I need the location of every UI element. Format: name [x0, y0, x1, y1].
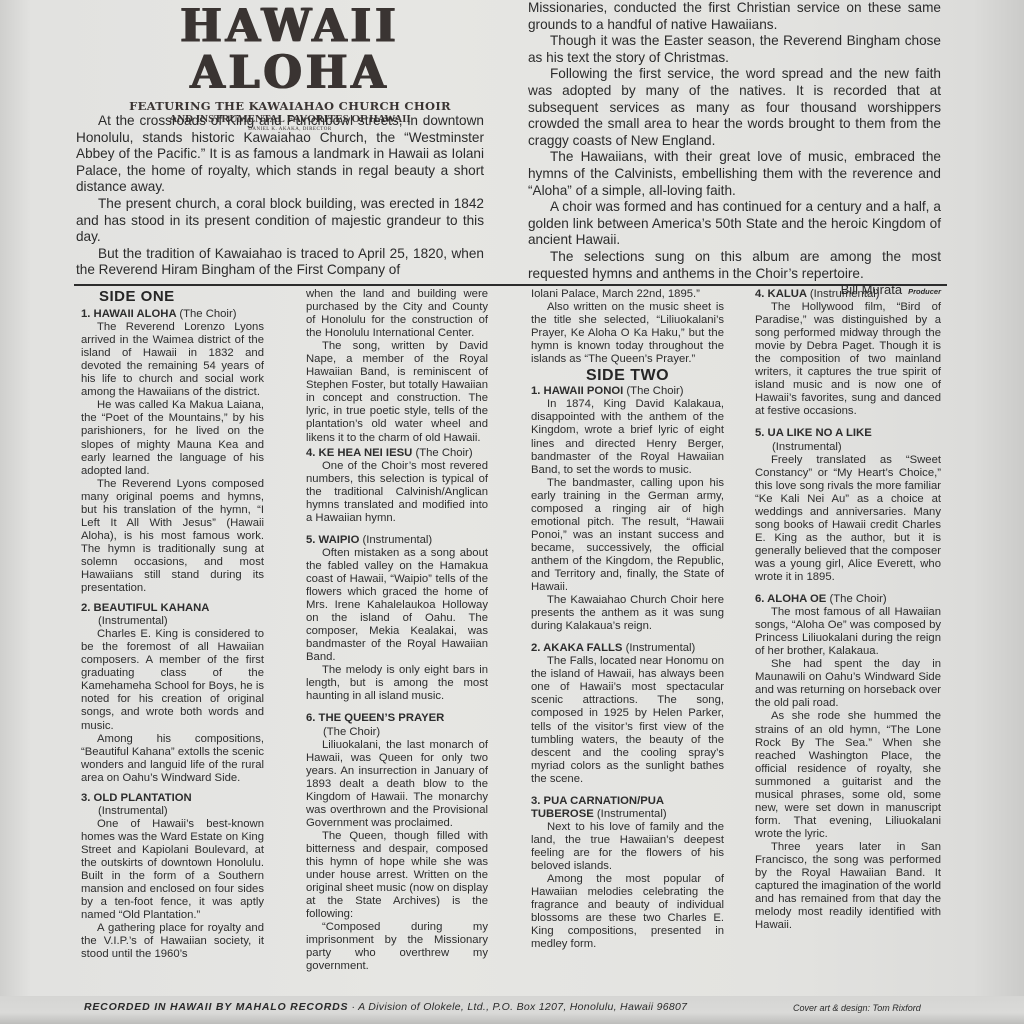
track-note: Among the most popular of Hawaiian melod… [531, 873, 724, 951]
track-note: The Reverend Lorenzo Lyons arrived in th… [81, 321, 264, 399]
track-kind: (Instrumental) [81, 615, 264, 628]
track-note: Charles E. King is considered to be the … [81, 628, 264, 732]
track-title: 3. PUA CARNATION/PUA TUBEROSE (Instrumen… [531, 795, 724, 821]
track-kind: (Instrumental) [81, 805, 264, 818]
track-note: Also written on the music sheet is the t… [531, 301, 724, 366]
track-kind: (Instrumental) [626, 642, 696, 654]
label-address: A Division of Olokele, Ltd., P.O. Box 12… [358, 1001, 687, 1013]
track-title: 5. WAIPIO (Instrumental) [306, 534, 488, 547]
track-kind: (Instrumental) [597, 808, 667, 820]
track-note: Freely translated as “Sweet Constancy” o… [755, 454, 941, 584]
track-note: The Queen, though filled with bitterness… [306, 830, 488, 921]
track-note: The most famous of all Hawaiian songs, “… [755, 606, 941, 658]
track-note: “Composed during my imprisonment by the … [306, 921, 488, 973]
intro-paragraph: The Hawaiians, with their great love of … [528, 149, 941, 199]
track-note: In 1874, King David Kalakaua, disappoint… [531, 398, 724, 476]
intro-paragraph: But the tradition of Kawaiahao is traced… [76, 246, 484, 279]
intro-paragraph: The selections sung on this album are am… [528, 249, 941, 282]
track-title: 2. BEAUTIFUL KAHANA(Instrumental) [81, 602, 264, 628]
side-one-heading: SIDE ONE [99, 290, 264, 303]
track-note: A gathering place for royalty and the V.… [81, 922, 264, 961]
track-note: Often mistaken as a song about the fable… [306, 547, 488, 664]
track-note-continued: Iolani Palace, March 22nd, 1895.” [531, 288, 724, 301]
track-title: 4. KE HEA NEI IESU (The Choir) [306, 447, 488, 460]
track-kind: (The Choir) [830, 593, 887, 605]
section-divider [74, 284, 947, 286]
separator-dot: · [352, 1001, 356, 1013]
track-notes-column-2: when the land and building were purchase… [306, 288, 488, 973]
label-info: RECORDED IN HAWAII BY MAHALO RECORDS · A… [84, 1001, 687, 1013]
intro-paragraph: A choir was formed and has continued for… [528, 199, 941, 249]
track-note: The Kawaiahao Church Choir here presents… [531, 594, 724, 633]
track-note: The song, written by David Nape, a membe… [306, 340, 488, 444]
track-note: The Falls, located near Honomu on the is… [531, 655, 724, 785]
track-note: One of the Choir’s most revered numbers,… [306, 460, 488, 525]
track-note: Three years later in San Francisco, the … [755, 841, 941, 932]
track-note: Next to his love of family and the land,… [531, 821, 724, 873]
track-title: 5. UA LIKE NO A LIKE(Instrumental) [755, 427, 941, 453]
album-title: HAWAII ALOHA [125, 4, 455, 96]
cover-art-credit: Cover art & design: Tom Rixford [793, 1003, 921, 1013]
track-note: She had spent the day in Maunawili on Oa… [755, 658, 941, 710]
track-kind: (Instrumental) [755, 441, 941, 454]
track-note: Liliuokalani, the last monarch of Hawaii… [306, 739, 488, 830]
track-note-continued: when the land and building were purchase… [306, 288, 488, 340]
liner-notes-intro-left: At the crossroads of King and Punchbowl … [76, 113, 484, 279]
track-notes-column-1: SIDE ONE 1. HAWAII ALOHA (The Choir) The… [81, 288, 264, 961]
intro-paragraph: At the crossroads of King and Punchbowl … [76, 113, 484, 196]
track-note: The melody is only eight bars in length,… [306, 664, 488, 703]
intro-paragraph-continued: Missionaries, conducted the first Christ… [528, 0, 941, 33]
track-notes-column-3: Iolani Palace, March 22nd, 1895.” Also w… [531, 288, 724, 951]
track-title: 6. THE QUEEN’S PRAYER(The Choir) [306, 712, 488, 738]
album-back-cover: HAWAII ALOHA FEATURING THE KAWAIAHAO CHU… [0, 0, 1024, 1024]
track-title: 2. AKAKA FALLS (Instrumental) [531, 642, 724, 655]
intro-paragraph: Following the first service, the word sp… [528, 66, 941, 149]
track-note: The Reverend Lyons composed many origina… [81, 478, 264, 595]
track-kind: (Instrumental) [363, 534, 433, 546]
album-subtitle: FEATURING THE KAWAIAHAO CHURCH CHOIR [125, 100, 455, 113]
track-note: He was called Ka Makua Laiana, the “Poet… [81, 399, 264, 477]
track-notes-column-4: 4. KALUA (Instrumental) The Hollywood fi… [755, 288, 941, 932]
track-kind: (The Choir) [179, 308, 236, 320]
footer-strip: RECORDED IN HAWAII BY MAHALO RECORDS · A… [0, 996, 1024, 1024]
track-kind: (The Choir) [626, 385, 683, 397]
liner-notes-intro-right: Missionaries, conducted the first Christ… [528, 0, 941, 301]
track-kind: (The Choir) [415, 447, 472, 459]
track-title: 6. ALOHA OE (The Choir) [755, 593, 941, 606]
intro-paragraph: Though it was the Easter season, the Rev… [528, 33, 941, 66]
track-title: 3. OLD PLANTATION(Instrumental) [81, 792, 264, 818]
track-note: The bandmaster, calling upon his early t… [531, 477, 724, 594]
track-title: 4. KALUA (Instrumental) [755, 288, 941, 301]
side-two-heading: SIDE TWO [531, 369, 724, 382]
intro-paragraph: The present church, a coral block buildi… [76, 196, 484, 246]
track-note: One of Hawaii’s best-known homes was the… [81, 818, 264, 922]
track-kind: (The Choir) [306, 726, 488, 739]
recorded-by: RECORDED IN HAWAII BY MAHALO RECORDS [84, 1001, 348, 1013]
track-title: 1. HAWAII PONOI (The Choir) [531, 385, 724, 398]
track-note: The Hollywood film, “Bird of Paradise,” … [755, 301, 941, 418]
track-note: As she rode she hummed the strains of an… [755, 710, 941, 840]
track-kind: (Instrumental) [810, 288, 880, 300]
track-note: Among his compositions, “Beautiful Kahan… [81, 733, 264, 785]
track-title: 1. HAWAII ALOHA (The Choir) [81, 308, 264, 321]
